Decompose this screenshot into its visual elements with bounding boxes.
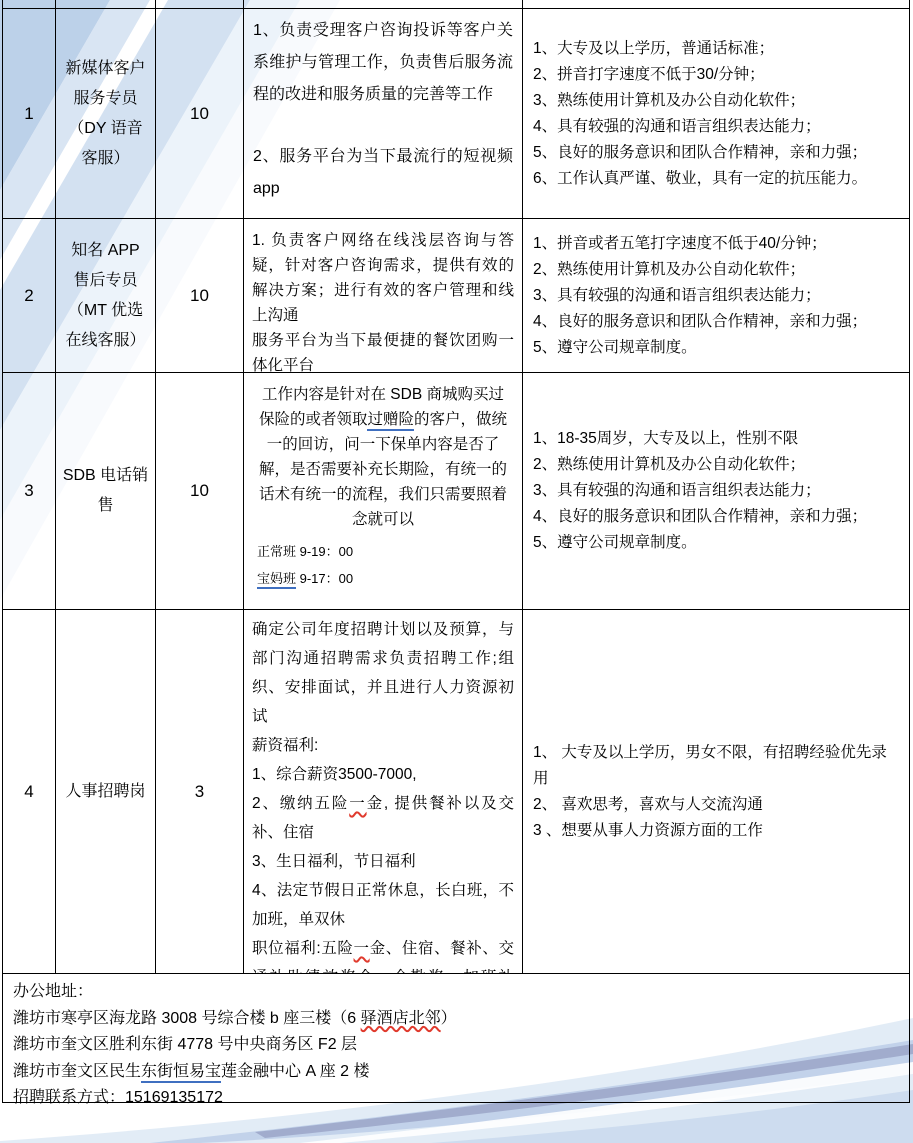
document-page: { "colors": { "border": "#000000", "blue… — [0, 0, 913, 1143]
grammar-underline: 过赠险 — [367, 411, 414, 431]
requirement-line: 5、良好的服务意识和团队合作精神，亲和力强； — [533, 140, 899, 166]
row2-position: 知名 APP 售后专员 （MT 优选在线客服） — [55, 219, 155, 372]
requirement-line: 3、具有较强的沟通和语言组织表达能力； — [533, 283, 899, 309]
row3-headcount: 10 — [155, 373, 243, 609]
spellcheck-underline: 一 — [349, 795, 366, 812]
row2-requirements: 1、拼音或者五笔打字速度不低于40/分钟； 2、熟练使用计算机及办公自动化软件；… — [522, 219, 909, 372]
row3-number: 3 — [3, 373, 55, 609]
row1-desc-paragraph-2: 2、服务平台为当下最流行的短视频 app — [253, 141, 513, 205]
header-sliver-cell — [522, 0, 909, 8]
row3-shift-normal: 正常班 9-19：00 — [257, 538, 509, 565]
table-row-1: 1 新媒体客户服务专员 （DY 语音客服） 10 1、负责受理客户咨询投诉等客户… — [3, 8, 909, 218]
table-row-2: 2 知名 APP 售后专员 （MT 优选在线客服） 10 1. 负责客户网络在线… — [3, 218, 909, 372]
office-address-label: 办公地址： — [13, 979, 909, 1006]
recruitment-table: 1 新媒体客户服务专员 （DY 语音客服） 10 1、负责受理客户咨询投诉等客户… — [2, 0, 910, 1103]
requirement-line: 6、工作认真严谨、敬业，具有一定的抗压能力。 — [533, 166, 899, 192]
row4-desc-benefit-2: 2、缴纳五险一金, 提供餐补以及交补、住宿 — [252, 789, 514, 847]
row4-position: 人事招聘岗 — [55, 610, 155, 973]
row3-position: SDB 电话销售 — [55, 373, 155, 609]
requirement-line: 3、具有较强的沟通和语言组织表达能力； — [533, 478, 899, 504]
table-row-3: 3 SDB 电话销售 10 工作内容是针对在 SDB 商城购买过保险的或者领取过… — [3, 372, 909, 609]
row1-position: 新媒体客户服务专员 （DY 语音客服） — [55, 9, 155, 218]
requirement-line: 3、熟练使用计算机及办公自动化软件； — [533, 88, 899, 114]
table-footer-row: 办公地址： 潍坊市寒亭区海龙路 3008 号综合楼 b 座三楼（6 驿酒店北邻）… — [3, 973, 909, 1102]
row4-requirements: 1、 大专及以上学历，男女不限，有招聘经验优先录用 2、 喜欢思考，喜欢与人交流… — [522, 610, 909, 973]
table-row-4: 4 人事招聘岗 3 确定公司年度招聘计划以及预算，与部门沟通招聘需求负责招聘工作… — [3, 609, 909, 973]
row3-desc-paragraph: 工作内容是针对在 SDB 商城购买过保险的或者领取过赠险的客户，做统一的回访，问… — [257, 382, 509, 532]
header-sliver-cell — [3, 0, 55, 8]
office-address-3: 潍坊市奎文区民生东街恒易宝莲金融中心 A 座 2 楼 — [13, 1059, 909, 1086]
header-row-sliver — [3, 0, 909, 8]
requirement-line: 2、熟练使用计算机及办公自动化软件； — [533, 452, 899, 478]
row1-desc-paragraph-1: 1、负责受理客户咨询投诉等客户关系维护与管理工作，负责售后服务流程的改进和服务质… — [253, 15, 513, 111]
header-sliver-cell — [155, 0, 243, 8]
spellcheck-underline: 一 — [354, 940, 370, 957]
requirement-line: 3 、想要从事人力资源方面的工作 — [533, 818, 899, 844]
requirement-line: 2、熟练使用计算机及办公自动化软件； — [533, 257, 899, 283]
row4-description: 确定公司年度招聘计划以及预算，与部门沟通招聘需求负责招聘工作;组织、安排面试，并… — [243, 610, 522, 973]
header-sliver-cell — [243, 0, 522, 8]
recruitment-contact-phone: 招聘联系方式：15169135172 — [13, 1085, 909, 1112]
spellcheck-underline: 驿酒店北邻 — [361, 1010, 441, 1027]
row1-headcount: 10 — [155, 9, 243, 218]
row4-desc-benefit-3: 3、生日福利，节日福利 — [252, 847, 514, 876]
row4-desc-benefit-1: 1、综合薪资3500-7000, — [252, 760, 514, 789]
row3-requirements: 1、18-35周岁，大专及以上，性别不限 2、熟练使用计算机及办公自动化软件； … — [522, 373, 909, 609]
grammar-underline: 宝妈班 — [257, 571, 296, 589]
requirement-line: 1、 大专及以上学历，男女不限，有招聘经验优先录用 — [533, 740, 899, 792]
row1-number: 1 — [3, 9, 55, 218]
row1-requirements: 1、大专及以上学历，普通话标准； 2、拼音打字速度不低于30/分钟； 3、熟练使… — [522, 9, 909, 218]
row3-shift-mom: 宝妈班 9-17：00 — [257, 565, 509, 592]
row1-description: 1、负责受理客户咨询投诉等客户关系维护与管理工作，负责售后服务流程的改进和服务质… — [243, 9, 522, 218]
row4-desc-paragraph-1: 确定公司年度招聘计划以及预算，与部门沟通招聘需求负责招聘工作;组织、安排面试，并… — [252, 615, 514, 731]
header-sliver-cell — [55, 0, 155, 8]
office-address-2: 潍坊市奎文区胜利东街 4778 号中央商务区 F2 层 — [13, 1032, 909, 1059]
row4-desc-benefit-summary: 职位福利:五险一金、住宿、餐补、交通补助绩效奖金、全勤奖、加班补助、节日福利 — [252, 934, 514, 973]
requirement-line: 5、遵守公司规章制度。 — [533, 530, 899, 556]
row2-headcount: 10 — [155, 219, 243, 372]
requirement-line: 1、18-35周岁，大专及以上，性别不限 — [533, 426, 899, 452]
row2-desc-paragraph-2: 服务平台为当下最便捷的餐饮团购一体化平台 — [252, 328, 514, 372]
requirement-line: 1、拼音或者五笔打字速度不低于40/分钟； — [533, 231, 899, 257]
requirement-line: 2、 喜欢思考，喜欢与人交流沟通 — [533, 792, 899, 818]
row4-desc-salary-label: 薪资福利: — [252, 731, 514, 760]
requirement-line: 2、拼音打字速度不低于30/分钟； — [533, 62, 899, 88]
office-address-block: 办公地址： 潍坊市寒亭区海龙路 3008 号综合楼 b 座三楼（6 驿酒店北邻）… — [3, 974, 909, 1102]
row4-desc-benefit-4: 4、法定节假日正常休息，长白班，不加班，单双休 — [252, 876, 514, 934]
row2-desc-paragraph-1: 1. 负责客户网络在线浅层咨询与答疑，针对客户咨询需求，提供有效的解决方案；进行… — [252, 228, 514, 328]
grammar-underline: 东街恒易宝 — [141, 1063, 221, 1083]
row4-number: 4 — [3, 610, 55, 973]
row3-description: 工作内容是针对在 SDB 商城购买过保险的或者领取过赠险的客户，做统一的回访，问… — [243, 373, 522, 609]
requirement-line: 4、良好的服务意识和团队合作精神，亲和力强； — [533, 504, 899, 530]
requirement-line: 4、具有较强的沟通和语言组织表达能力； — [533, 114, 899, 140]
office-address-1: 潍坊市寒亭区海龙路 3008 号综合楼 b 座三楼（6 驿酒店北邻） — [13, 1006, 909, 1033]
requirement-line: 5、遵守公司规章制度。 — [533, 335, 899, 361]
row2-description: 1. 负责客户网络在线浅层咨询与答疑，针对客户咨询需求，提供有效的解决方案；进行… — [243, 219, 522, 372]
row4-headcount: 3 — [155, 610, 243, 973]
requirement-line: 1、大专及以上学历，普通话标准； — [533, 36, 899, 62]
requirement-line: 4、良好的服务意识和团队合作精神，亲和力强； — [533, 309, 899, 335]
row2-number: 2 — [3, 219, 55, 372]
